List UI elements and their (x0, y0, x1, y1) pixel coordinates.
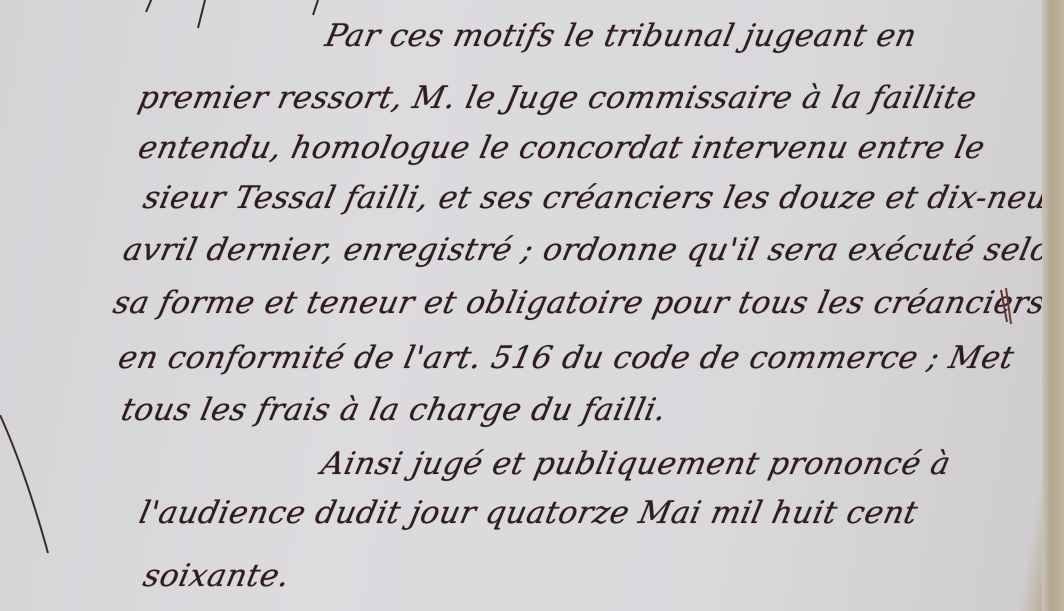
text-line-4: sieur Tessal failli, et ses créanciers l… (140, 180, 1063, 216)
text-line-10: l'audience dudit jour quatorze Mai mil h… (136, 495, 921, 531)
book-page-edge (1042, 0, 1064, 611)
manuscript-page: Par ces motifs le tribunal jugeant en pr… (0, 0, 1064, 611)
text-line-1: Par ces motifs le tribunal jugeant en (322, 18, 920, 54)
margin-pen-stroke (0, 415, 52, 555)
text-line-5: avril dernier, enregistré ; ordonne qu'i… (120, 232, 1064, 268)
text-line-2: premier ressort, M. le Juge commissaire … (135, 80, 980, 116)
margin-ink-marks (995, 280, 1035, 340)
text-line-9: Ainsi jugé et publiquement prononcé à (318, 446, 954, 482)
text-line-8: tous les frais à la charge du failli. (118, 392, 670, 428)
text-line-6: sa forme et teneur et obligatoire pour t… (110, 285, 1049, 321)
text-line-3: entendu, homologue le concordat interven… (135, 130, 988, 166)
text-line-7: en conformité de l'art. 516 du code de c… (115, 340, 1017, 376)
text-line-11: soixante. (140, 558, 293, 594)
